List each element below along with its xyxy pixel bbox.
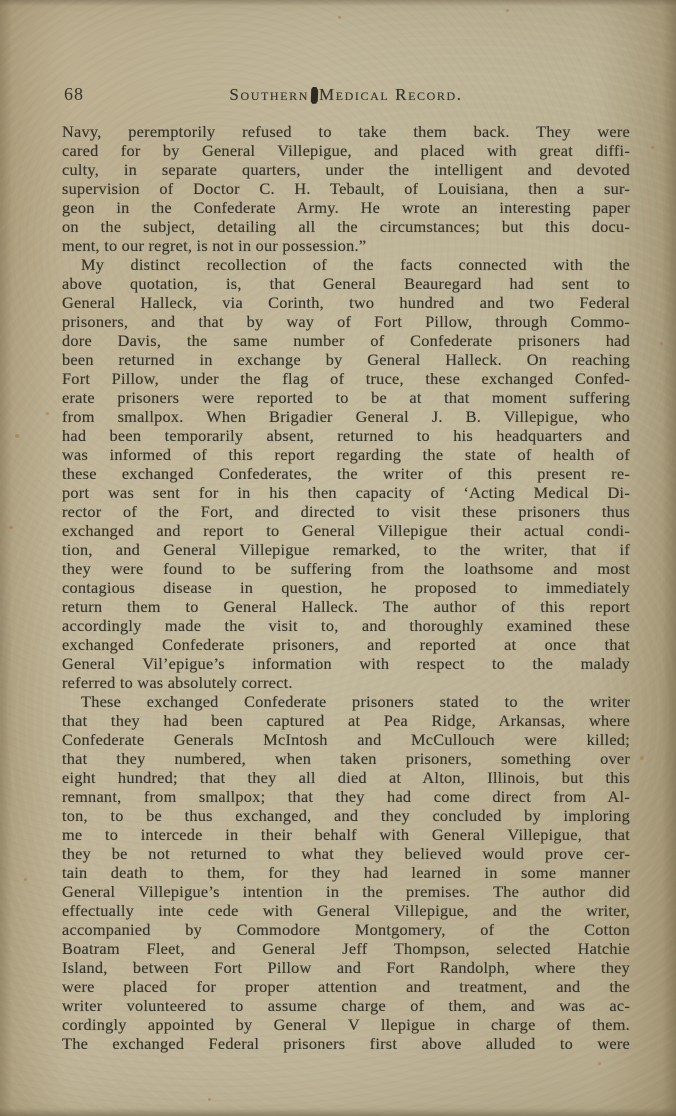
document-page: 68 SouthernMedical Record. Navy, perempt… [0,0,676,1116]
text-line: that they had been captured at Pea Ridge… [62,711,630,730]
text-line: port was sent for in his then capacity o… [62,483,630,502]
text-line: My distinct recollection of the facts co… [62,255,630,274]
text-line: were placed for proper attention and tre… [62,977,630,996]
text-line: geon in the Confederate Army. He wrote a… [62,198,630,217]
journal-title: SouthernMedical Record. [62,85,630,105]
text-line: cared for by General Villepigue, and pla… [62,141,630,160]
text-line: cordingly appointed by General V llepigu… [62,1015,630,1034]
text-line: exchanged Confederate prisoners, and rep… [62,635,630,654]
text-line: supervision of Doctor C. H. Tebault, of … [62,179,630,198]
page-header: 68 SouthernMedical Record. [62,84,630,106]
text-line: effectually inte cede with General Ville… [62,901,630,920]
text-line: Island, between Fort Pillow and Fort Ran… [62,958,630,977]
paper-speck [15,434,19,438]
paper-speck [660,342,663,345]
text-line: referred to was absolutely correct. [62,673,630,692]
text-line: that they numbered, when taken prisoners… [62,749,630,768]
text-line: return them to General Halleck. The auth… [62,597,630,616]
text-line: they were found to be suffering from the… [62,559,630,578]
text-line: General Halleck, via Corinth, two hundre… [62,293,630,312]
paper-speck [640,756,644,760]
text-line: writer volunteered to assume charge of t… [62,996,630,1015]
text-line: these exchanged Confederates, the writer… [62,464,630,483]
text-line: prisoners, and that by way of Fort Pillo… [62,312,630,331]
paragraph: Navy, peremptorily refused to take them … [62,122,630,255]
text-line: General Villepigue’s intention in the pr… [62,882,630,901]
text-line: contagious disease in question, he propo… [62,578,630,597]
paper-speck [46,412,49,415]
paper-speck [9,526,13,529]
paper-speck [651,146,654,149]
text-line: had been temporarily absent, returned to… [62,426,630,445]
paper-speck [598,1062,601,1065]
text-line: ton, to be thus exchanged, and they conc… [62,806,630,825]
text-line: been returned in exchange by General Hal… [62,350,630,369]
paper-speck [208,1098,211,1101]
text-line: remnant, from smallpox; that they had co… [62,787,630,806]
text-line: General Vil’epigue’s information with re… [62,654,630,673]
text-line: eight hundred; that they all died at Alt… [62,768,630,787]
text-line: on the subject, detailing all the circum… [62,217,630,236]
paper-speck [338,16,341,19]
paper-speck [506,9,509,12]
paragraph: My distinct recollection of the facts co… [62,255,630,692]
paper-speck [24,878,27,881]
text-line: tain death to them, for they had learned… [62,863,630,882]
text-line: Boatram Fleet, and General Jeff Thompson… [62,939,630,958]
ink-blot [311,88,319,103]
text-line: they be not returned to what they believ… [62,844,630,863]
text-line: erate prisoners were reported to be at t… [62,388,630,407]
journal-title-part1: Southern [229,85,309,104]
text-line: accompanied by Commodore Montgomery, of … [62,920,630,939]
text-line: culty, in separate quarters, under the i… [62,160,630,179]
text-line: exchanged and report to General Villepig… [62,521,630,540]
text-line: tion, and General Villepigue remarked, t… [62,540,630,559]
text-line: from smallpox. When Brigadier General J.… [62,407,630,426]
text-line: above quotation, is, that General Beaure… [62,274,630,293]
text-line: ment, to our regret, is not in our posse… [62,236,630,255]
text-line: accordingly made the visit to, and thoro… [62,616,630,635]
text-line: The exchanged Federal prisoners first ab… [62,1034,630,1053]
journal-title-part2: Medical Record. [319,85,463,104]
text-line: Fort Pillow, under the flag of truce, th… [62,369,630,388]
text-line: These exchanged Confederate prisoners st… [62,692,630,711]
text-line: Navy, peremptorily refused to take them … [62,122,630,141]
page-body: Navy, peremptorily refused to take them … [62,122,630,1053]
text-line: was informed of this report regarding th… [62,445,630,464]
text-line: dore Davis, the same number of Confedera… [62,331,630,350]
text-line: Confederate Generals McIntosh and McCull… [62,730,630,749]
paragraph: These exchanged Confederate prisoners st… [62,692,630,1053]
text-line: me to intercede in their behalf with Gen… [62,825,630,844]
text-line: rector of the Fort, and directed to visi… [62,502,630,521]
